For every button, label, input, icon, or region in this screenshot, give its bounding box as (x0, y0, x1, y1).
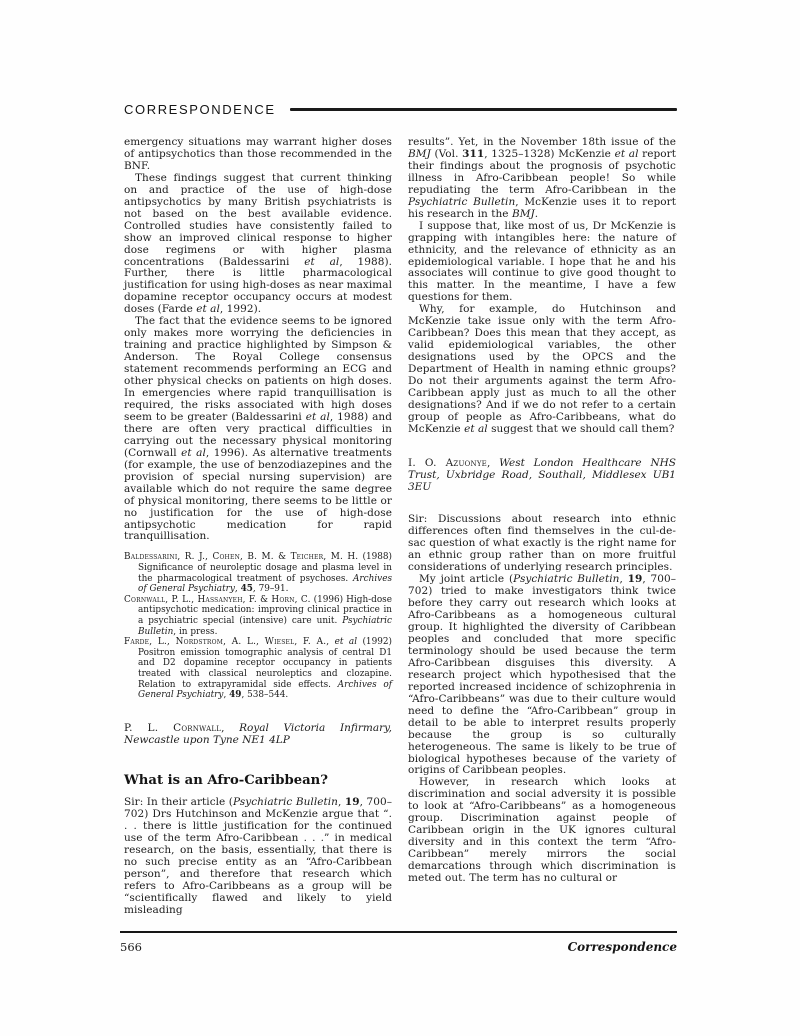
page-header: CORRESPONDENCE (124, 102, 677, 117)
letter-heading: What is an Afro-Caribbean? (124, 773, 392, 788)
right-column: results”. Yet, in the November 18th issu… (408, 137, 676, 917)
body-paragraph: These findings suggest that current thin… (124, 173, 392, 316)
journal-page: CORRESPONDENCE emergency situations may … (0, 0, 800, 1036)
two-column-body: emergency situations may warrant higher … (124, 137, 677, 917)
body-paragraph: The fact that the evidence seems to be i… (124, 316, 392, 543)
reference-entry: Cornwall, P. L., Hassanyeh, F. & Horn, C… (124, 595, 392, 637)
reference-entry: Farde, L., Nordstrom, A. L., Wiesel, F. … (124, 637, 392, 701)
page-content: CORRESPONDENCE emergency situations may … (124, 102, 677, 917)
reference-entry: Baldessarini, R. J., Cohen, B. M. & Teic… (124, 552, 392, 594)
header-rule (290, 108, 677, 111)
body-paragraph: I suppose that, like most of us, Dr McKe… (408, 221, 676, 305)
author-signature: P. L. Cornwall, Royal Victoria Infirmary… (124, 722, 392, 746)
page-footer: 566 Correspondence (120, 931, 677, 954)
running-title: Correspondence (568, 940, 677, 954)
body-paragraph: Why, for example, do Hutchinson and McKe… (408, 304, 676, 435)
body-paragraph: However, in research which looks at disc… (408, 777, 676, 885)
body-paragraph: My joint article (Psychiatric Bulletin, … (408, 574, 676, 777)
continuation-paragraph: results”. Yet, in the November 18th issu… (408, 137, 676, 221)
letter-opening-paragraph: Sir: Discussions about research into eth… (408, 514, 676, 574)
letter-opening-paragraph: Sir: In their article (Psychiatric Bulle… (124, 797, 392, 917)
left-column: emergency situations may warrant higher … (124, 137, 392, 917)
reference-list: Baldessarini, R. J., Cohen, B. M. & Teic… (124, 552, 392, 700)
section-title: CORRESPONDENCE (124, 102, 276, 117)
author-signature: I. O. Azuonye, West London Healthcare NH… (408, 457, 676, 494)
continuation-paragraph: emergency situations may warrant higher … (124, 137, 392, 173)
page-number: 566 (120, 940, 142, 954)
